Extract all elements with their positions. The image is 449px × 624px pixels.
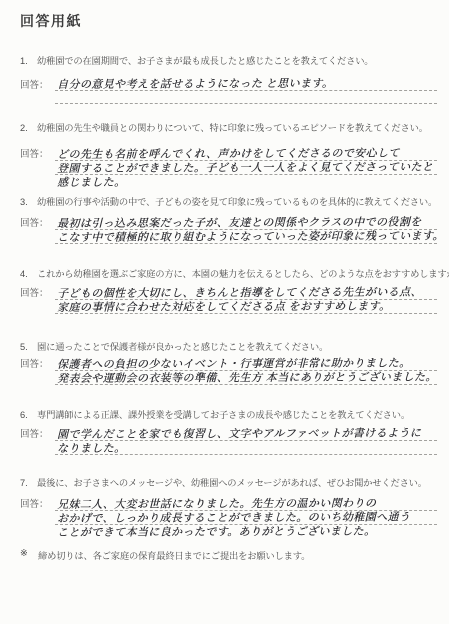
question-line: 6. 専門講師による正課、課外授業を受講してお子さまの成長や感じたことを教えてく… (20, 409, 437, 422)
answer-label: 回答： (20, 427, 55, 442)
answer-sheet-page: 回答用紙 1. 幼稚園での在園期間で、お子さまが最も成長したと感じたことを教えて… (0, 0, 449, 624)
answer-line-overflow: ことができて本当に良かったです。ありがとうございました。 (55, 525, 437, 538)
question-line: 5. 園に通ったことで保護者様が良かったと感じたことを教えてください。 (20, 341, 437, 354)
question-number: 5. (20, 341, 37, 354)
page-title: 回答用紙 (20, 11, 82, 31)
question-text: 幼稚園の行事や活動の中で、子どもの姿を見て印象に残っているものを具体的に教えてく… (37, 196, 437, 209)
answer-lines: 最初は引っ込み思案だった子が、友達との関係やクラスの中での役割を こなす中で積極… (55, 216, 437, 244)
answer-lines: 自分の意見や考えを話せるようになった と思います。 (55, 78, 437, 104)
answer-label: 回答： (20, 497, 55, 512)
handwritten-text: 家庭の事情に合わせた対応をしてくださる点 をおすすめします。 (57, 298, 390, 315)
answer-label: 回答： (20, 147, 55, 162)
question-number: 6. (20, 409, 37, 422)
question-number: 2. (20, 122, 37, 135)
question-number: 3. (20, 196, 37, 209)
handwritten-text: 感じました。 (57, 174, 125, 190)
question-line: 2. 幼稚園の先生や職員との関わりについて、特に印象に残っているエピソードを教え… (20, 122, 437, 135)
answer-line: 発表会や運動会の衣装等の準備、先生方 本当にありがとうございました。 (55, 371, 437, 385)
footer-marker: ※ (20, 548, 38, 562)
handwritten-text: ことができて本当に良かったです。ありがとうございました。 (57, 523, 375, 540)
question-block-4: 4. これから幼稚園を選ぶご家庭の方に、本園の魅力を伝えるとしたら、どのような点… (20, 268, 437, 314)
answer-label: 回答： (20, 357, 55, 372)
question-text: 最後に、お子さまへのメッセージや、幼稚園へのメッセージがあれば、ぜひお聞かせくだ… (37, 477, 437, 490)
question-number: 7. (20, 477, 37, 490)
question-line: 3. 幼稚園の行事や活動の中で、子どもの姿を見て印象に残っているものを具体的に教… (20, 196, 437, 209)
answer-row: 回答： 保護者への負担の少ないイベント・行事運営が非常に助かりました。 発表会や… (20, 357, 437, 385)
answer-line: こなす中で積極的に取り組むようになっていった姿が印象に残っています。 (55, 230, 437, 244)
answer-lines: 兄妹二人、大変お世話になりました。先生方の温かい関わりの おかげで、しっかり成長… (55, 497, 437, 538)
question-text: これから幼稚園を選ぶご家庭の方に、本園の魅力を伝えるとしたら、どのような点をおす… (37, 268, 449, 281)
answer-label: 回答： (20, 286, 55, 301)
answer-label: 回答： (20, 216, 55, 231)
handwritten-text: 自分の意見や考えを話せるようになった と思います。 (57, 75, 333, 92)
question-text: 幼稚園の先生や職員との関わりについて、特に印象に残っているエピソードを教えてくだ… (37, 122, 437, 135)
answer-line (55, 91, 437, 104)
answer-line: 自分の意見や考えを話せるようになった と思います。 (55, 78, 437, 91)
answer-lines: どの先生も名前を呼んでくれ、声かけをしてくださるので安心して 登園することができ… (55, 147, 437, 188)
question-number: 1. (20, 55, 37, 68)
question-text: 園に通ったことで保護者様が良かったと感じたことを教えてください。 (37, 341, 437, 354)
question-block-7: 7. 最後に、お子さまへのメッセージや、幼稚園へのメッセージがあれば、ぜひお聞か… (20, 477, 437, 538)
answer-lines: 子どもの個性を大切にし、きちんと指導をしてくださる先生がいる点、 家庭の事情に合… (55, 286, 437, 314)
question-number: 4. (20, 268, 37, 281)
answer-row: 回答： どの先生も名前を呼んでくれ、声かけをしてくださるので安心して 登園するこ… (20, 147, 437, 188)
question-line: 7. 最後に、お子さまへのメッセージや、幼稚園へのメッセージがあれば、ぜひお聞か… (20, 477, 437, 490)
answer-row: 回答： 最初は引っ込み思案だった子が、友達との関係やクラスの中での役割を こなす… (20, 216, 437, 244)
answer-row: 回答： 自分の意見や考えを話せるようになった と思います。 (20, 78, 437, 104)
question-block-3: 3. 幼稚園の行事や活動の中で、子どもの姿を見て印象に残っているものを具体的に教… (20, 196, 437, 244)
answer-line: 家庭の事情に合わせた対応をしてくださる点 をおすすめします。 (55, 300, 437, 314)
answer-row: 回答： 子どもの個性を大切にし、きちんと指導をしてくださる先生がいる点、 家庭の… (20, 286, 437, 314)
question-text: 幼稚園での在園期間で、お子さまが最も成長したと感じたことを教えてください。 (37, 55, 437, 68)
footer-note: 締め切りは、各ご家庭の保育最終日までにご提出をお願いします。 (38, 548, 437, 562)
footer-note-row: ※ 締め切りは、各ご家庭の保育最終日までにご提出をお願いします。 (20, 548, 437, 562)
handwritten-text: なりました。 (57, 440, 125, 456)
handwritten-text: 発表会や運動会の衣装等の準備、先生方 本当にありがとうございました。 (57, 368, 437, 386)
answer-label: 回答： (20, 78, 55, 93)
answer-lines: 保護者への負担の少ないイベント・行事運営が非常に助かりました。 発表会や運動会の… (55, 357, 437, 385)
handwritten-text: こなす中で積極的に取り組むようになっていった姿が印象に残っています。 (57, 227, 444, 245)
answer-row: 回答： 園で学んだことを家でも復習し、文字やアルファベットが書けるように なりま… (20, 427, 437, 455)
question-text: 専門講師による正課、課外授業を受講してお子さまの成長や感じたことを教えてください… (37, 409, 437, 422)
answer-row: 回答： 兄妹二人、大変お世話になりました。先生方の温かい関わりの おかげで、しっ… (20, 497, 437, 538)
question-block-2: 2. 幼稚園の先生や職員との関わりについて、特に印象に残っているエピソードを教え… (20, 122, 437, 188)
question-line: 4. これから幼稚園を選ぶご家庭の方に、本園の魅力を伝えるとしたら、どのような点… (20, 268, 437, 281)
answer-line: なりました。 (55, 441, 437, 455)
question-block-1: 1. 幼稚園での在園期間で、お子さまが最も成長したと感じたことを教えてください。… (20, 55, 437, 104)
answer-line-overflow: 感じました。 (55, 175, 437, 188)
answer-lines: 園で学んだことを家でも復習し、文字やアルファベットが書けるように なりました。 (55, 427, 437, 455)
question-block-6: 6. 専門講師による正課、課外授業を受講してお子さまの成長や感じたことを教えてく… (20, 409, 437, 455)
question-line: 1. 幼稚園での在園期間で、お子さまが最も成長したと感じたことを教えてください。 (20, 55, 437, 68)
question-block-5: 5. 園に通ったことで保護者様が良かったと感じたことを教えてください。 回答： … (20, 341, 437, 385)
